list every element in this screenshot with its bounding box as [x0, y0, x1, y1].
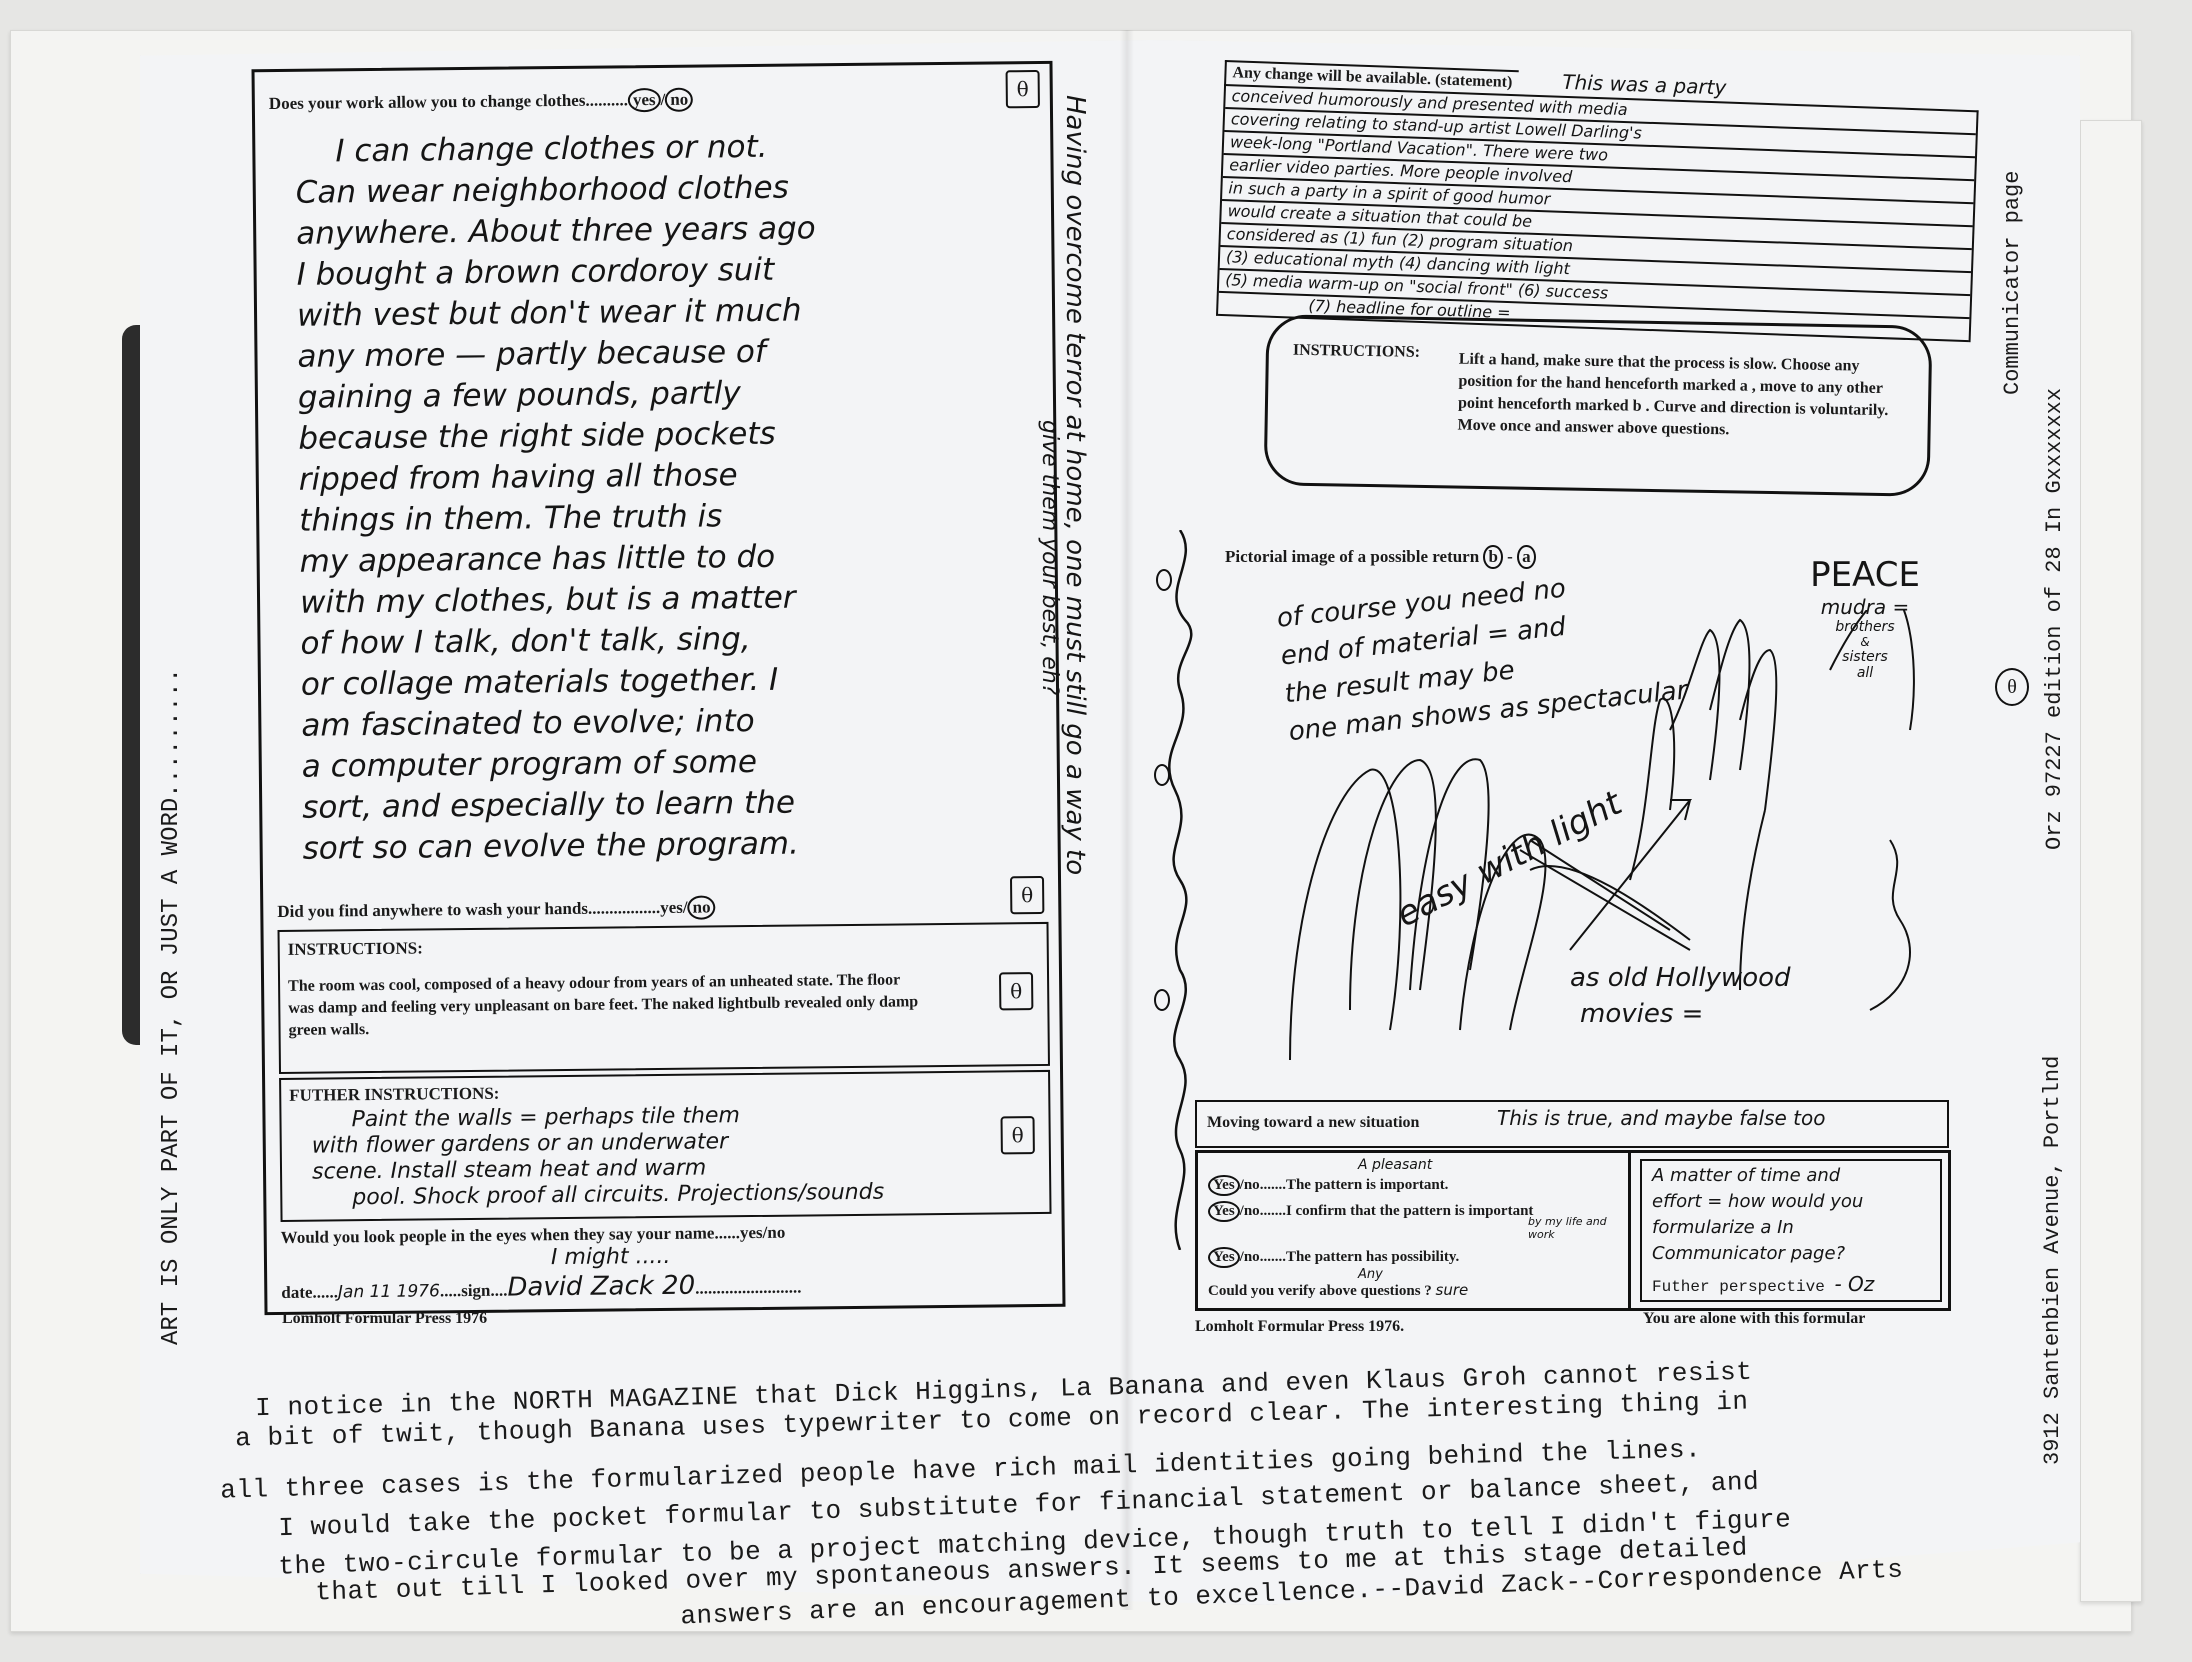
q1-label: Does your work allow you to change cloth… [269, 91, 586, 113]
further-instructions-box: FUTHER INSTRUCTIONS: Paint the walls = p… [279, 1070, 1051, 1222]
left-footer: Lomholt Formular Press 1976 [282, 1310, 487, 1328]
check-row: Yes/no.......The pattern is important. [1208, 1175, 1448, 1196]
q1-yes-circled[interactable]: yes [628, 88, 661, 112]
q3-section: Would you look people in the eyes when t… [281, 1220, 1053, 1305]
further-instructions-answer: Paint the walls = perhaps tile them with… [311, 1100, 1012, 1211]
further-instructions-title: FUTHER INSTRUCTIONS: [289, 1084, 499, 1106]
verify-row: Could you verify above questions ? sure [1208, 1281, 1468, 1300]
q2-row: Did you find anywhere to wash your hands… [277, 895, 716, 924]
q2-yes[interactable]: yes [660, 898, 683, 917]
date-sign-row: date......Jan 11 1976.....sign....David … [281, 1267, 1052, 1305]
paper-stack-right [2080, 120, 2142, 1602]
moving-toward-answer[interactable]: This is true, and maybe false too [1497, 1106, 1826, 1130]
checks-box: Yes/no.......The pattern is important. A… [1195, 1150, 1951, 1311]
q3-answer: I might ..... [551, 1240, 1052, 1270]
right-instructions-box: INSTRUCTIONS: Lift a hand, make sure tha… [1264, 314, 1933, 497]
check-row: Yes/no.......The pattern has possibility… [1208, 1247, 1459, 1268]
signature[interactable]: David Zack 20 [507, 1271, 695, 1303]
hex-mark-icon: θ [1001, 1116, 1035, 1154]
hex-mark-icon: θ [1006, 70, 1040, 108]
yes-circled[interactable]: Yes [1208, 1201, 1240, 1222]
check-row: Yes/no.......I confirm that the pattern … [1208, 1201, 1538, 1222]
check-note: Any [1358, 1267, 1383, 1282]
moving-toward-box: Moving toward a new situation This is tr… [1195, 1100, 1949, 1148]
point-a-circle: a [1517, 545, 1536, 569]
right-instructions-title: INSTRUCTIONS: [1293, 342, 1420, 362]
left-form: Does your work allow you to change cloth… [251, 61, 1065, 1315]
q1-row: Does your work allow you to change cloth… [269, 84, 990, 116]
yes-circled[interactable]: Yes [1208, 1175, 1240, 1196]
date-value[interactable]: Jan 11 1976 [338, 1281, 440, 1302]
left-margin-vertical-text: ART IS ONLY PART OF IT, OR JUST A WORD..… [158, 668, 185, 1345]
right-margin-communicator: Communicator page [2000, 171, 2025, 395]
yes-circled[interactable]: Yes [1208, 1247, 1240, 1268]
peace-mudra-note: PEACE mudra = brothers & sisters all [1805, 555, 1925, 681]
q2-no-circled[interactable]: no [687, 895, 715, 919]
statement-section: Any change will be available. (statement… [1216, 58, 1980, 342]
hex-mark-icon: θ [1010, 876, 1044, 914]
hollywood-note: as old Hollywood movies = [1570, 960, 1791, 1032]
center-margin-note-line1: Having overcome terror at home, one must… [1060, 95, 1090, 875]
statement-first-line: This was a party [1562, 70, 1727, 100]
right-margin-address: 3912 Santenbien Avenue, Portlnd [2040, 1056, 2065, 1465]
instructions-title: INSTRUCTIONS: [288, 938, 423, 959]
point-b-circle: b [1483, 545, 1502, 569]
hex-mark-icon: θ [999, 972, 1033, 1010]
perspective-box: A matter of time and effort = how would … [1640, 1159, 1942, 1302]
statement-lined-answer: conceived humorously and presented with … [1216, 84, 1979, 342]
perspective-handwritten: A matter of time and effort = how would … [1652, 1163, 1863, 1267]
center-margin-note-line2: give them your best, eh? [1037, 420, 1062, 695]
q2-label: Did you find anywhere to wash your hands [277, 899, 588, 921]
check-note: A pleasant [1358, 1157, 1432, 1173]
q1-no-circled[interactable]: no [665, 88, 693, 112]
right-footer-left: Lomholt Formular Press 1976. [1195, 1318, 1404, 1336]
check-note: by my life and work [1528, 1215, 1618, 1241]
moving-toward-label: Moving toward a new situation [1207, 1114, 1419, 1132]
checks-left: Yes/no.......The pattern is important. A… [1198, 1153, 1631, 1308]
q1-handwritten-answer: I can change clothes or not. Can wear ne… [295, 124, 1023, 869]
circled-theta-mark: θ [1995, 668, 2029, 706]
pictorial-label-row: Pictorial image of a possible return b -… [1225, 545, 1536, 569]
perspective-row: Futher perspective - Oz [1652, 1272, 1874, 1296]
instructions-body: The room was cool, composed of a heavy o… [288, 969, 929, 1042]
right-instructions-body: Lift a hand, make sure that the process … [1457, 349, 1908, 445]
right-margin-edition: Orz 97227 edition of 28 In Gxxxxxxx [2042, 388, 2067, 850]
right-footer-right: You are alone with this formular [1643, 1310, 1865, 1328]
instructions-box: INSTRUCTIONS: The room was cool, compose… [278, 922, 1050, 1074]
